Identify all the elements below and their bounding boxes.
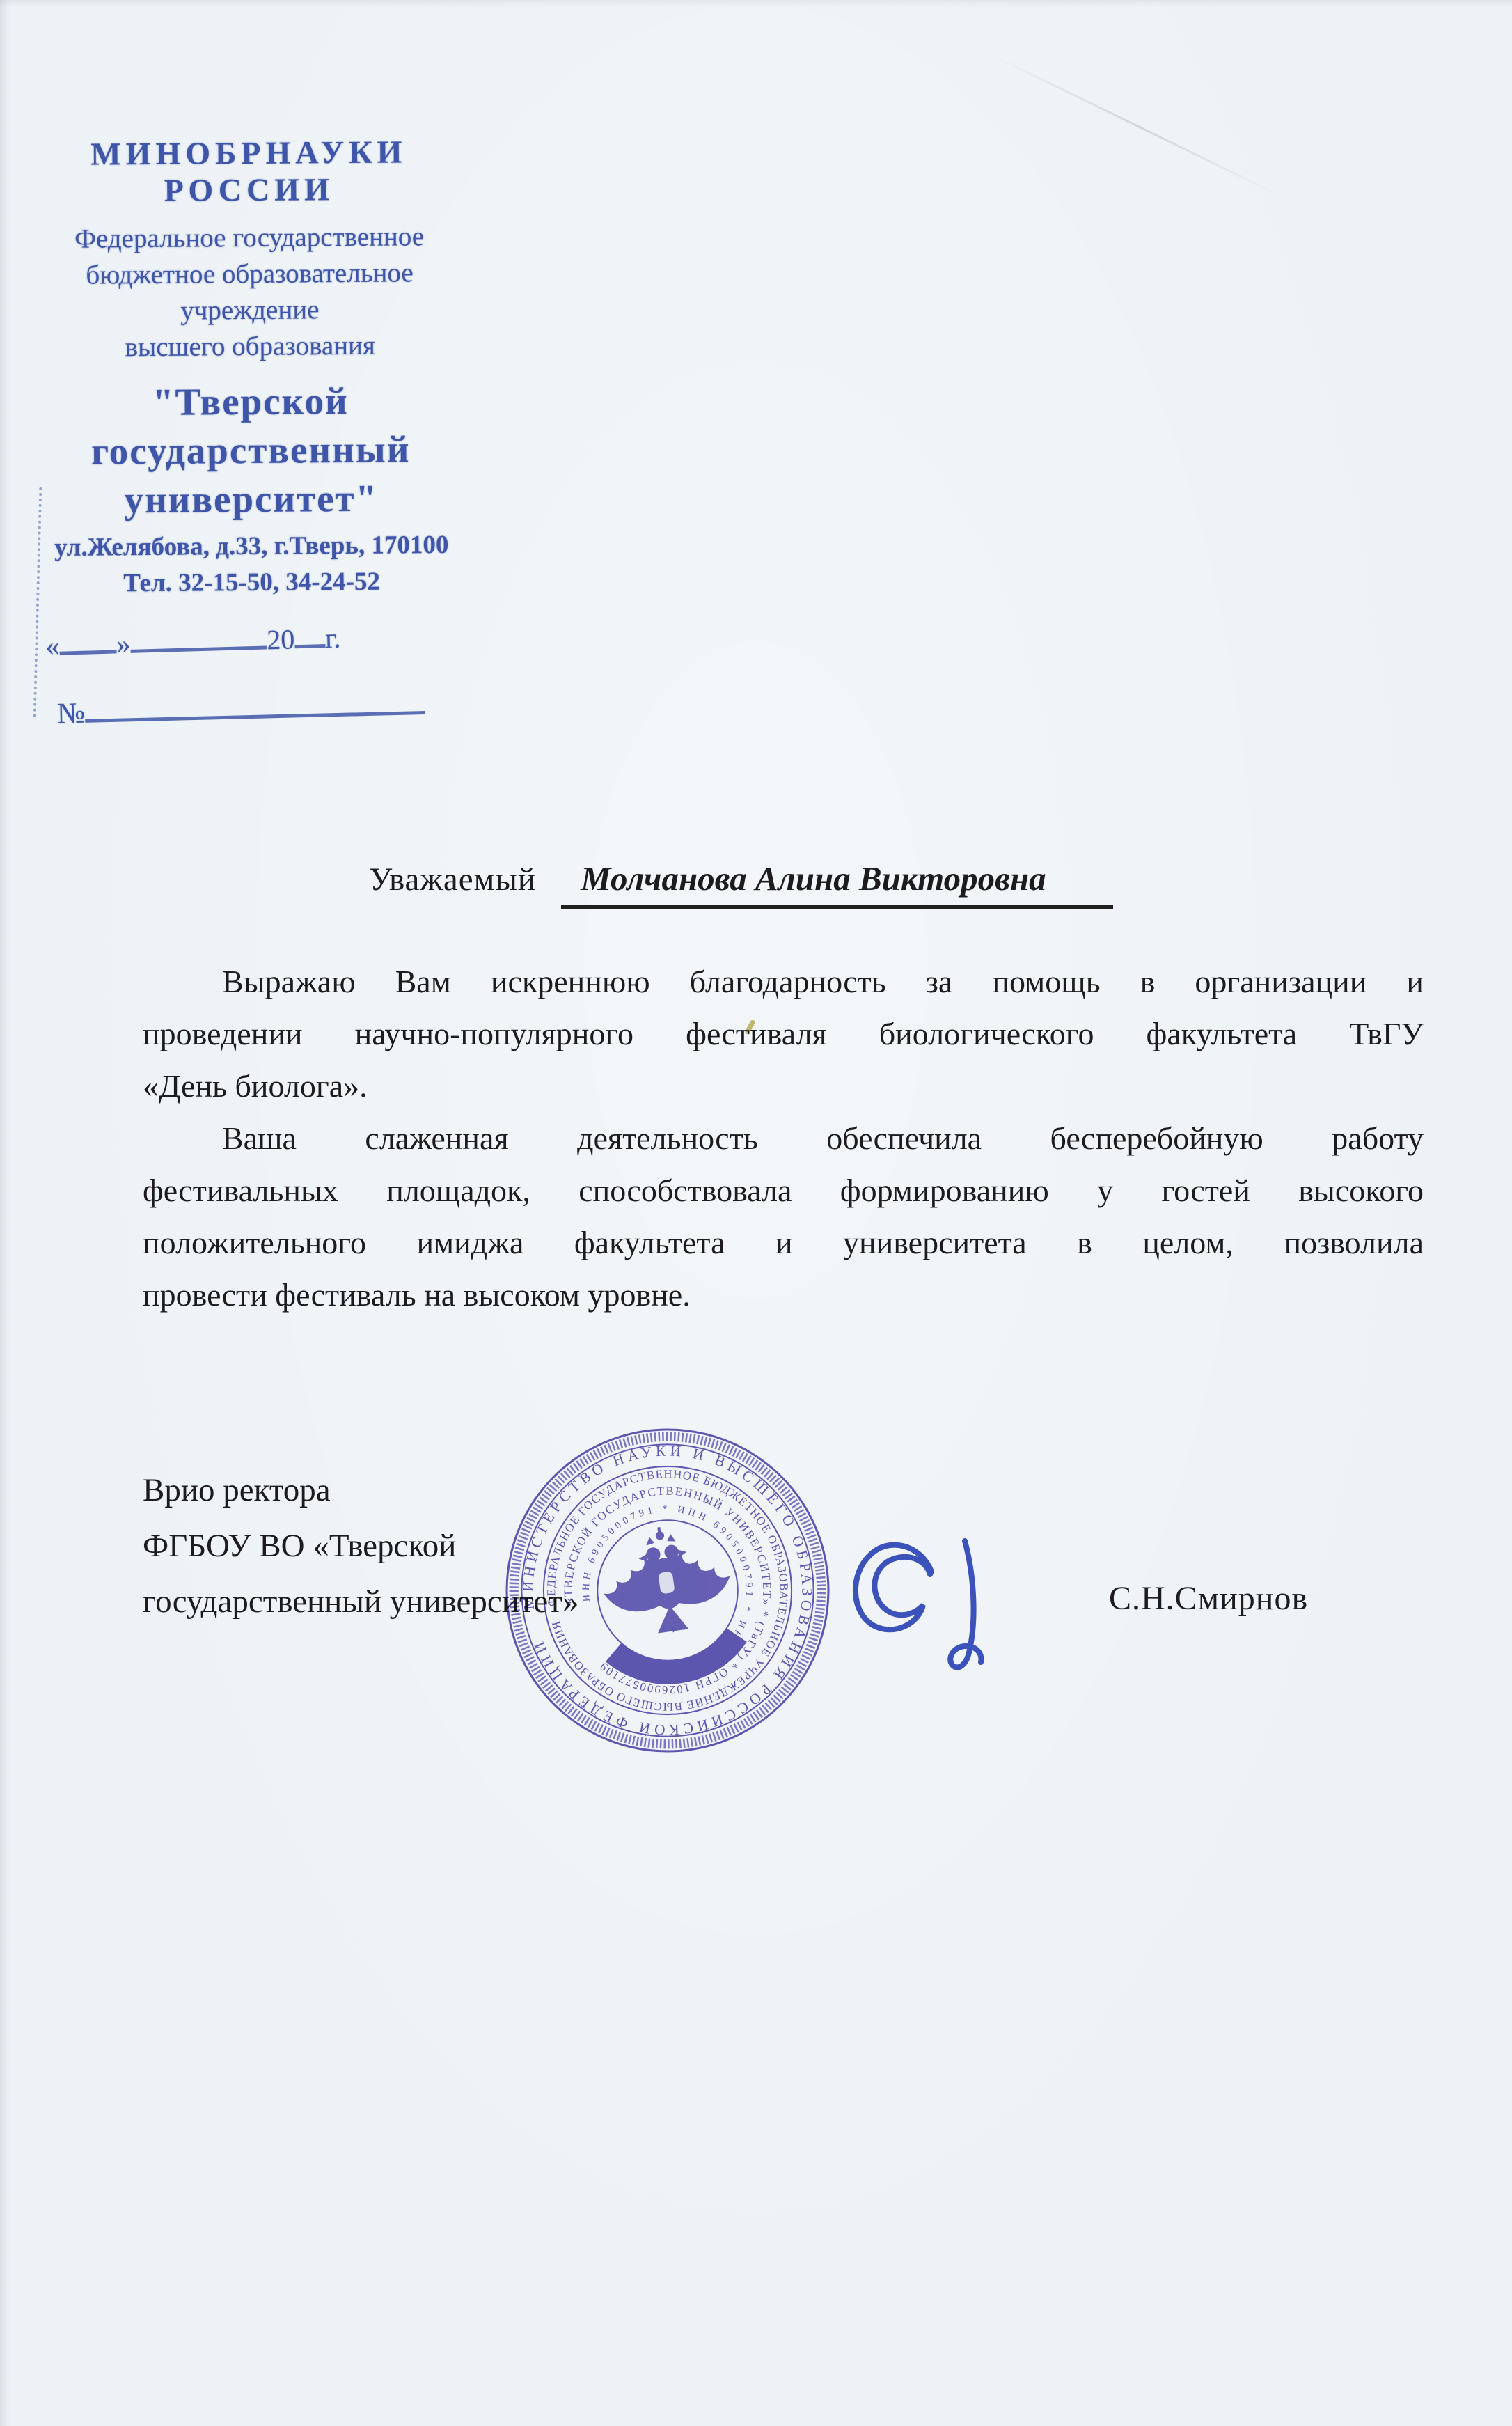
number-label: №: [56, 698, 85, 730]
body-line: положительного имиджа факультета и униве…: [143, 1216, 1424, 1269]
organization-line: Федеральное государственное: [37, 219, 462, 258]
double-eagle-icon: [596, 1519, 737, 1641]
number-blank: [84, 686, 425, 723]
body-line: фестивальных площадок, способствовала фо…: [143, 1164, 1424, 1216]
paper-crease: [991, 54, 1286, 199]
number-line: №: [40, 685, 465, 732]
date-close-quote: »: [116, 628, 131, 660]
university-name: "Тверской государственный университет": [38, 376, 464, 525]
body-line: проведении научно-популярного фестиваля …: [143, 1008, 1424, 1060]
university-seal: МИНИСТЕРСТВО НАУКИ И ВЫСШЕГО ОБРАЗОВАНИЯ…: [484, 1407, 852, 1775]
letterhead-stamp: МИНОБРНАУКИ РОССИИ Федеральное государст…: [36, 114, 465, 728]
body-line: провести фестиваль на высоком уровне.: [143, 1269, 1424, 1321]
date-line: «»20г.: [40, 616, 465, 662]
date-open-quote: «: [45, 630, 60, 662]
ministry-name: МИНОБРНАУКИ РОССИИ: [36, 133, 462, 210]
scanned-letter-page: МИНОБРНАУКИ РОССИИ Федеральное государст…: [0, 0, 1512, 2426]
university-line: государственный: [38, 425, 463, 476]
body-line: «День биолога».: [143, 1060, 1424, 1112]
organization-line: бюджетное образовательное: [37, 255, 462, 294]
phone-line: Тел. 32-15-50, 34-24-52: [39, 566, 464, 599]
university-line: "Тверской: [38, 376, 463, 428]
signature-block: Врио ректора ФГБОУ ВО «Тверской государс…: [143, 1462, 1472, 1852]
salutation: УважаемыйМолчанова Алина Викторовна: [369, 859, 1113, 909]
date-century: 20: [267, 623, 295, 655]
university-line: университет": [39, 474, 464, 525]
date-month-blank: [130, 622, 267, 652]
salutation-label: Уважаемый: [369, 861, 536, 898]
date-suffix: г.: [325, 622, 341, 654]
handwritten-signature: [828, 1528, 1009, 1703]
body-line: Выражаю Вам искреннюю благодарность за п…: [143, 955, 1424, 1008]
date-year-blank: [294, 620, 325, 648]
organization-name: Федеральное государственное бюджетное об…: [37, 219, 462, 366]
organization-line: высшего образования: [38, 327, 462, 366]
body-line: Ваша слаженная деятельность обеспечила б…: [143, 1112, 1424, 1164]
date-day-blank: [59, 626, 117, 655]
address-line: ул.Желябова, д.33, г.Тверь, 170100: [39, 530, 464, 563]
recipient-name: Молчанова Алина Викторовна: [561, 859, 1113, 909]
letter-body: Выражаю Вам искреннюю благодарность за п…: [143, 955, 1424, 1321]
organization-line: учреждение: [38, 291, 462, 330]
signer-name: С.Н.Смирнов: [1109, 1579, 1308, 1618]
